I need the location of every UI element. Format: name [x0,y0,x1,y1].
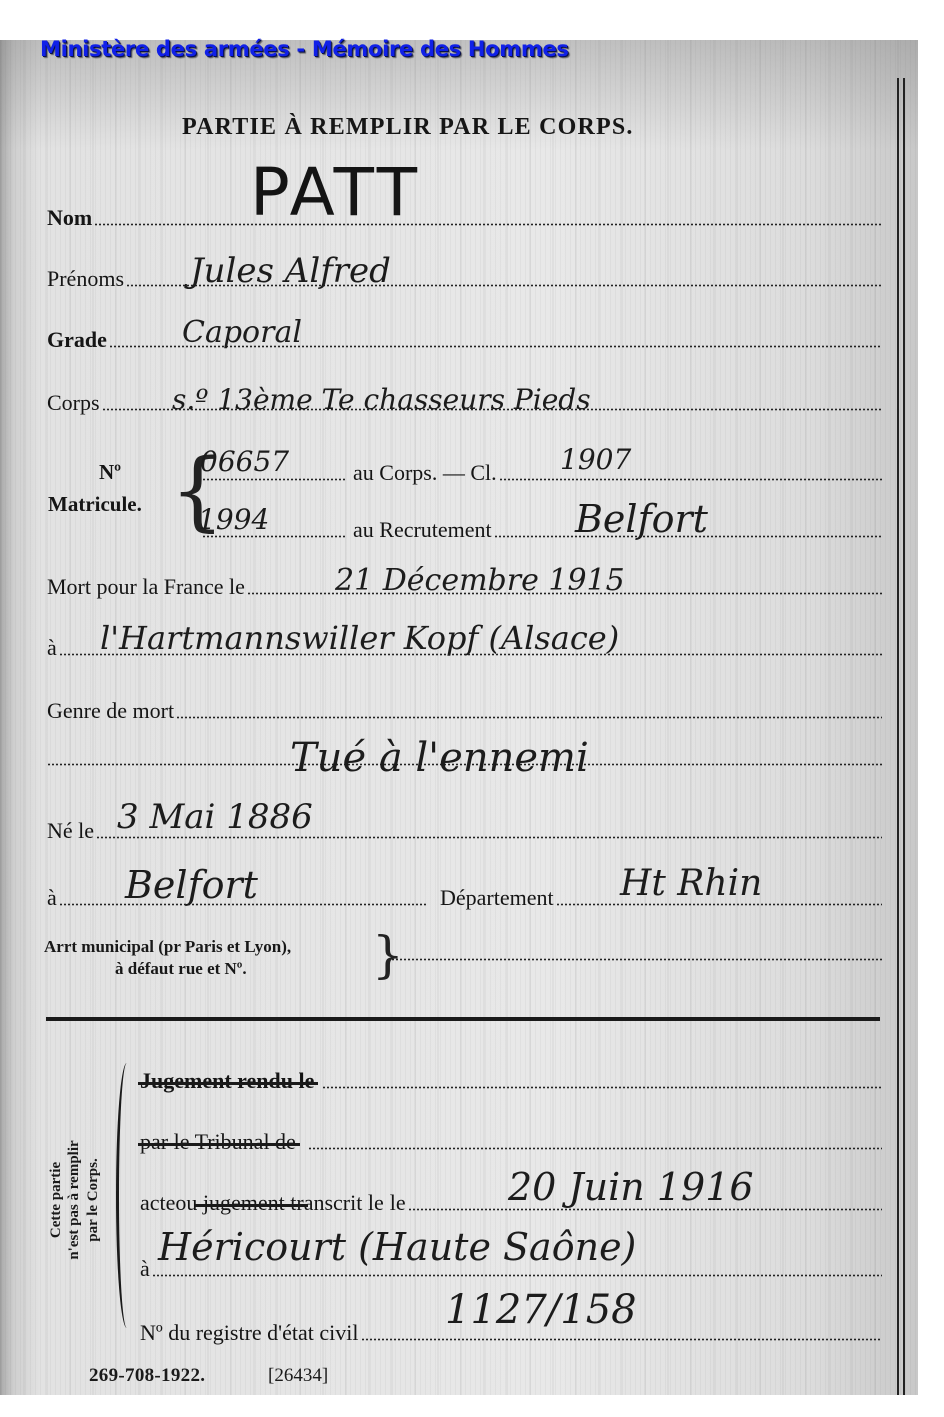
prenoms-label: Prénoms [47,268,124,290]
mort-a-value: l'Hartmannswiller Kopf (Alsace) [100,622,619,654]
jugement-label: Jugement rendu le [140,1070,314,1092]
dotted-line [176,716,882,719]
field-prenoms: Prénoms [47,268,882,290]
au-corps-label: au Corps. — Cl. [353,462,497,484]
acte-a-value: Héricourt (Haute Saône) [158,1228,636,1266]
field-matricule-recrutement: au Recrutement [200,519,882,541]
border-line [903,78,905,1395]
side-note-line1: Cette partie [47,1100,65,1300]
registre-value: 1127/158 [445,1290,637,1330]
mort-le-label: Mort pour la France le [47,576,245,598]
field-genre-de-mort: Genre de mort [47,700,882,722]
dotted-line [499,478,882,481]
field-jugement: Jugement rendu le [140,1070,882,1092]
dotted-line [361,1338,883,1341]
ne-le-label: Né le [47,820,94,842]
dotted-line [308,1147,882,1150]
ne-le-value: 3 Mai 1886 [117,800,313,834]
classe-value: 1907 [560,446,631,474]
dotted-line [94,223,882,226]
border-line [897,78,899,1395]
dotted-line [387,958,882,961]
recrutement-label: au Recrutement [353,519,492,541]
mort-a-label: à [47,637,57,659]
dotted-line [322,1086,882,1089]
mort-le-value: 21 Décembre 1915 [335,566,625,596]
field-tribunal: par le Tribunal de [140,1131,882,1153]
dotted-line [152,1274,882,1277]
site-banner: Ministère des armées - Mémoire des Homme… [40,37,569,61]
side-note: Cette partie n'est pas à remplir par le … [47,1100,117,1300]
acte-a-label: à [140,1258,150,1280]
arrondissement-brace: } [372,930,404,980]
form-heading: PARTIE À REMPLIR PAR LE CORPS. [182,114,634,141]
print-code: 269-708-1922. [89,1365,205,1387]
acte-label-a: acte [140,1192,175,1214]
arrondissement-label-1: Arrt municipal (pr Paris et Lyon), [44,936,291,957]
field-matricule-corps: au Corps. — Cl. [200,462,882,484]
recrutement-place: Belfort [575,500,708,538]
field-grade: Grade [47,329,882,351]
ne-a-label: à [47,887,57,909]
recrutement-value: 1994 [198,506,269,534]
dotted-line [202,478,347,481]
side-note-line2: n'est pas à remplir [65,1100,83,1300]
registre-label: Nº du registre d'état civil [140,1322,359,1344]
tribunal-label: par le Tribunal de [140,1131,296,1153]
genre-de-mort-value: Tué à l'ennemi [290,738,589,778]
departement-label: Département [440,887,554,909]
field-arrondissement [385,958,882,964]
reference-number: [26434] [268,1365,328,1387]
corps-label: Corps [47,392,100,414]
nom-label: Nom [47,207,92,229]
grade-label: Grade [47,329,107,351]
grade-value: Caporal [182,318,302,348]
acte-label-ou: ou [175,1192,197,1214]
acte-label-b: anscrit le [304,1192,384,1214]
genre-de-mort-label: Genre de mort [47,700,174,722]
matricule-corps-value: 06657 [200,448,289,476]
departement-value: Ht Rhin [620,866,762,902]
arrondissement-label-2: à défaut rue et Nº. [115,958,247,979]
ne-a-value: Belfort [125,866,258,904]
acte-le: le [390,1192,406,1214]
matricule-label: Matricule. [48,494,142,515]
acte-label-struck: jugement tr [197,1192,303,1214]
nom-value: PATT [250,160,421,226]
corps-value: s.º 13ème Te chasseurs Pieds [172,386,591,414]
matricule-label-no: Nº [99,462,121,483]
section-brace [116,1063,134,1328]
section-divider [46,1017,880,1021]
prenoms-value: Jules Alfred [190,254,391,288]
side-note-line3: par le Corps. [84,1100,102,1300]
acte-value: 20 Juin 1916 [508,1168,754,1206]
field-nom: Nom [47,207,882,229]
